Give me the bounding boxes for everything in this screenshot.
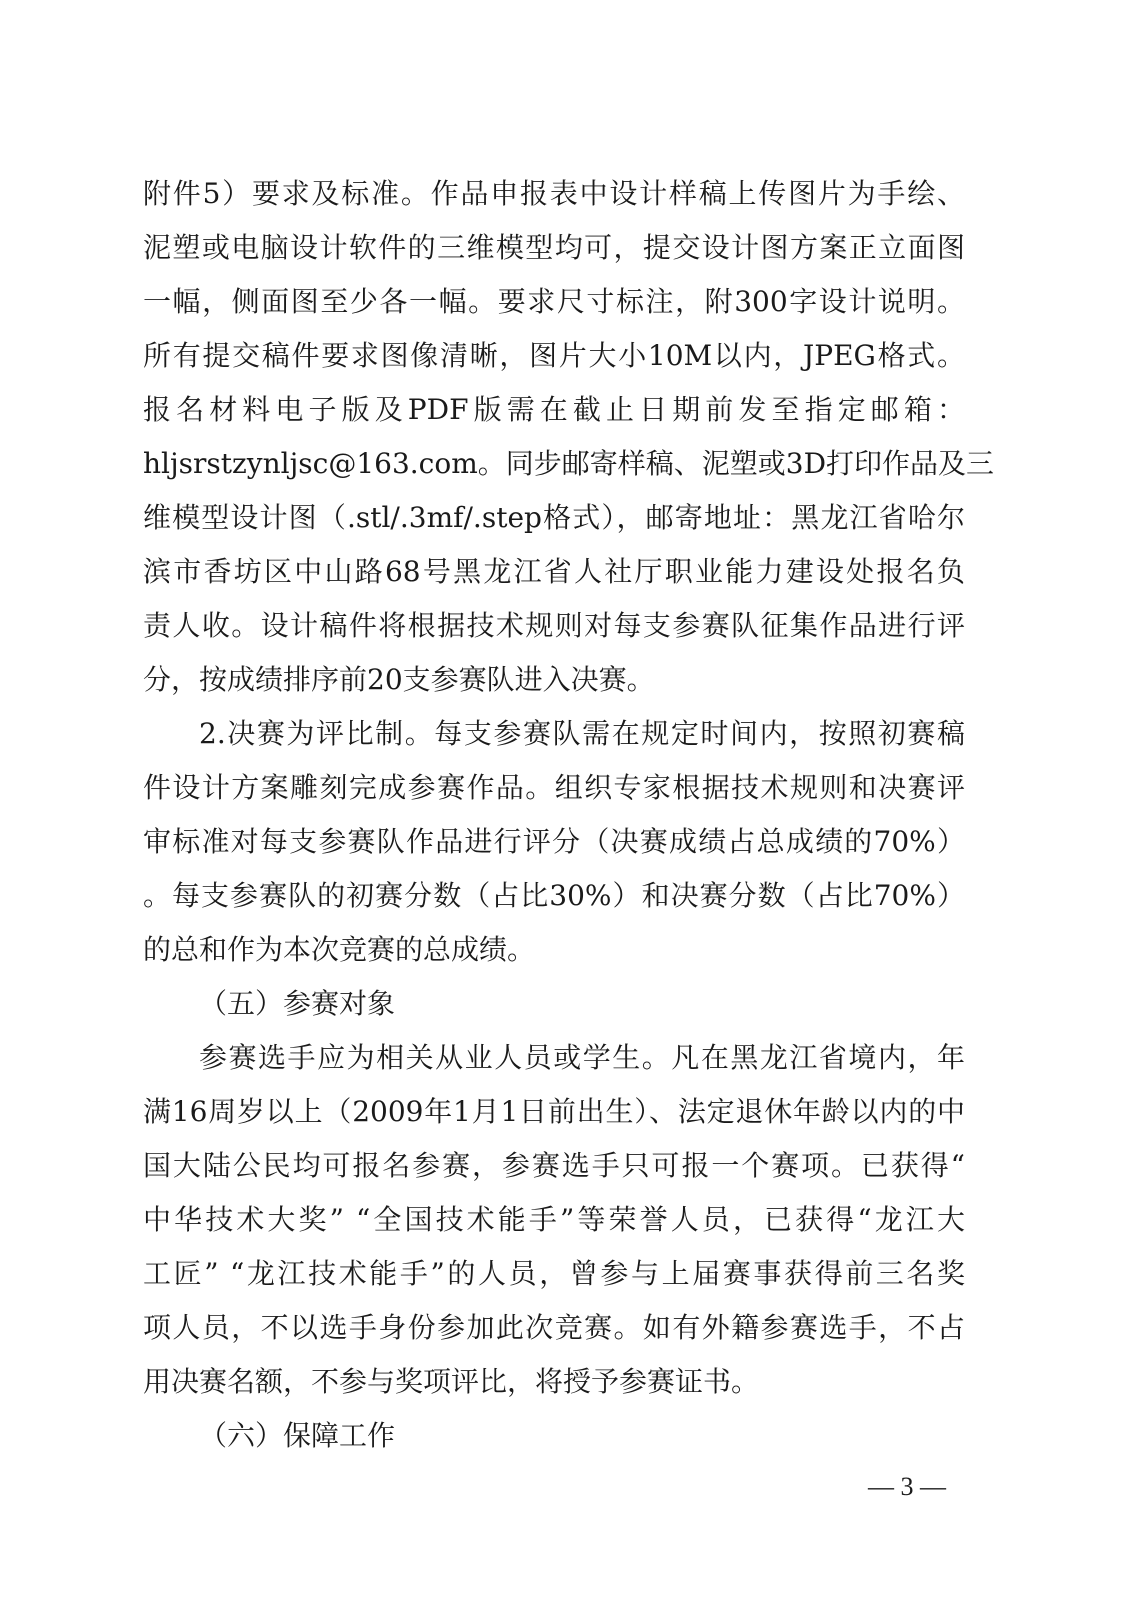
- text-line: 项人员，不以选手身份参加此次竞赛。如有外籍参赛选手，不占: [143, 1301, 965, 1355]
- text-line: 泥塑或电脑设计软件的三维模型均可，提交设计图方案正立面图: [143, 221, 965, 275]
- text-line: 报名材料电子版及PDF版需在截止日期前发至指定邮箱：: [143, 383, 965, 437]
- text-line: 国大陆公民均可报名参赛，参赛选手只可报一个赛项。已获得“: [143, 1139, 965, 1193]
- text-line: 参赛选手应为相关从业人员或学生。凡在黑龙江省境内，年: [199, 1031, 965, 1085]
- text-line: 满16周岁以上（2009年1月1日前出生）、法定退休年龄以内的中: [143, 1085, 965, 1139]
- text-line: 中华技术大奖” “全国技术能手”等荣誉人员，已获得“龙江大: [143, 1193, 965, 1247]
- text-line: 用决赛名额，不参与奖项评比，将授予参赛证书。: [143, 1355, 965, 1409]
- text-line: 滨市香坊区中山路68号黑龙江省人社厅职业能力建设处报名负: [143, 545, 965, 599]
- text-line: 维模型设计图（.stl/.3mf/.step格式），邮寄地址：黑龙江省哈尔: [143, 491, 965, 545]
- section-heading-participants: （五）参赛对象: [199, 977, 599, 1031]
- text-line: 审标准对每支参赛队作品进行评分（决赛成绩占总成绩的70%）: [143, 815, 965, 869]
- text-line-email: hljsrstzynljsc@163.com。同步邮寄样稿、泥塑或3D打印作品及…: [143, 437, 965, 491]
- section-heading-support: （六）保障工作: [199, 1409, 599, 1463]
- text-line: 2.决赛为评比制。每支参赛队需在规定时间内，按照初赛稿: [199, 707, 965, 761]
- text-line: 的总和作为本次竞赛的总成绩。: [143, 923, 965, 977]
- page-number: — 3 —: [868, 1472, 946, 1502]
- text-line: 分，按成绩排序前20支参赛队进入决赛。: [143, 653, 965, 707]
- text-line: 责人收。设计稿件将根据技术规则对每支参赛队征集作品进行评: [143, 599, 965, 653]
- text-line: 工匠” “龙江技术能手”的人员，曾参与上届赛事获得前三名奖: [143, 1247, 965, 1301]
- text-line: 件设计方案雕刻完成参赛作品。组织专家根据技术规则和决赛评: [143, 761, 965, 815]
- text-line: 一幅，侧面图至少各一幅。要求尺寸标注，附300字设计说明。: [143, 275, 965, 329]
- text-line: 所有提交稿件要求图像清晰，图片大小10M以内，JPEG格式。: [143, 329, 965, 383]
- text-line: 附件5）要求及标准。作品申报表中设计样稿上传图片为手绘、: [143, 167, 965, 221]
- text-line: 。每支参赛队的初赛分数（占比30%）和决赛分数（占比70%）: [143, 869, 965, 923]
- document-page: 附件5）要求及标准。作品申报表中设计样稿上传图片为手绘、 泥塑或电脑设计软件的三…: [0, 0, 1131, 1600]
